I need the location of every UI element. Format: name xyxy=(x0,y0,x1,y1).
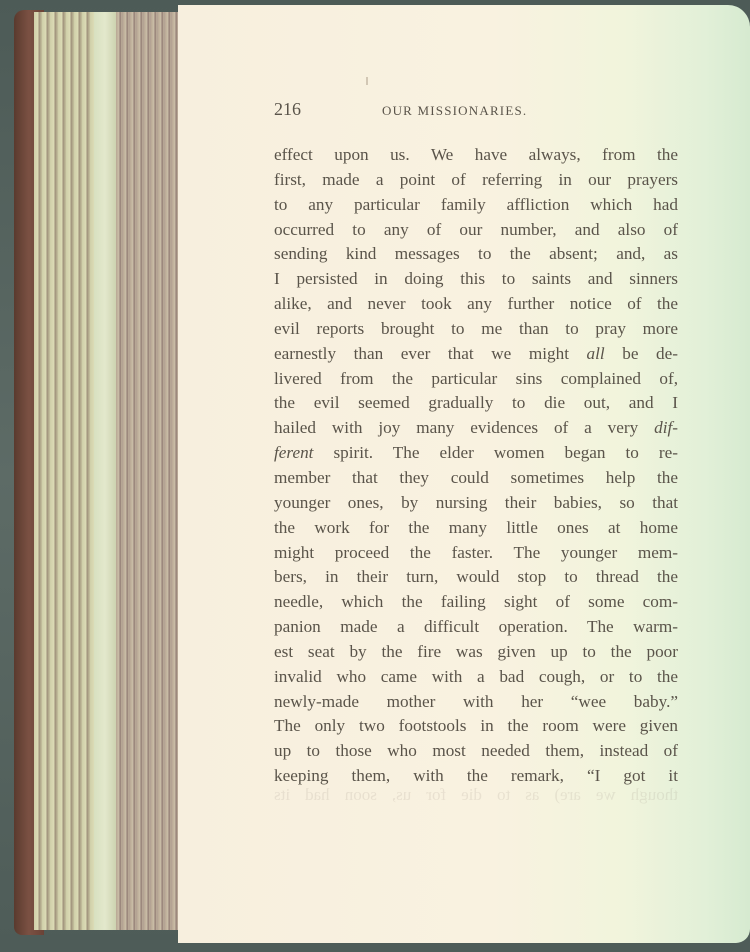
body-text: effect upon us. We have always, from the… xyxy=(274,143,678,789)
bleed-through-text: though we are) as to die for us, soon ha… xyxy=(274,785,678,805)
text-line: bers, in their turn, would stop to threa… xyxy=(274,565,678,590)
text-line: I persisted in doing this to saints and … xyxy=(274,267,678,292)
text-line: might proceed the faster. The younger me… xyxy=(274,541,678,566)
page-header: 216 OUR MISSIONARIES. xyxy=(274,99,678,125)
book-page: 216 OUR MISSIONARIES. effect upon us. We… xyxy=(178,5,750,943)
text-line: earnestly than ever that we might all be… xyxy=(274,342,678,367)
emphasis: all xyxy=(587,344,605,363)
text-line: ferent spirit. The elder women began to … xyxy=(274,441,678,466)
text-line: livered from the particular sins complai… xyxy=(274,367,678,392)
text-line: younger ones, by nursing their babies, s… xyxy=(274,491,678,516)
page-edges-back xyxy=(116,12,179,930)
page-mark xyxy=(366,77,368,85)
emphasis: dif- xyxy=(654,418,678,437)
emphasis: ferent xyxy=(274,443,313,462)
text-line: newly-made mother with her “wee baby.” xyxy=(274,690,678,715)
text-line: the evil seemed gradually to die out, an… xyxy=(274,391,678,416)
page-number: 216 xyxy=(274,99,382,120)
running-head: OUR MISSIONARIES. xyxy=(382,103,527,119)
text-line: panion made a difficult operation. The w… xyxy=(274,615,678,640)
text-line: alike, and never took any further notice… xyxy=(274,292,678,317)
text-line: first, made a point of referring in our … xyxy=(274,168,678,193)
text-line: evil reports brought to me than to pray … xyxy=(274,317,678,342)
text-line: occurred to any of our number, and also … xyxy=(274,218,678,243)
text-line: The only two footstools in the room were… xyxy=(274,714,678,739)
text-line: invalid who came with a bad cough, or to… xyxy=(274,665,678,690)
text-line: member that they could sometimes help th… xyxy=(274,466,678,491)
page-edges xyxy=(34,12,179,930)
page-content: 216 OUR MISSIONARIES. effect upon us. We… xyxy=(274,99,678,789)
text-line: the work for the many little ones at hom… xyxy=(274,516,678,541)
text-line: effect upon us. We have always, from the xyxy=(274,143,678,168)
page-edges-tinted xyxy=(94,12,116,930)
text-line: hailed with joy many evidences of a very… xyxy=(274,416,678,441)
text-line: sending kind messages to the absent; and… xyxy=(274,242,678,267)
text-line: to any particular family affliction whic… xyxy=(274,193,678,218)
text-line: est seat by the fire was given up to the… xyxy=(274,640,678,665)
text-line: needle, which the failing sight of some … xyxy=(274,590,678,615)
page-edges-front xyxy=(34,12,94,930)
text-line: up to those who most needed them, instea… xyxy=(274,739,678,764)
